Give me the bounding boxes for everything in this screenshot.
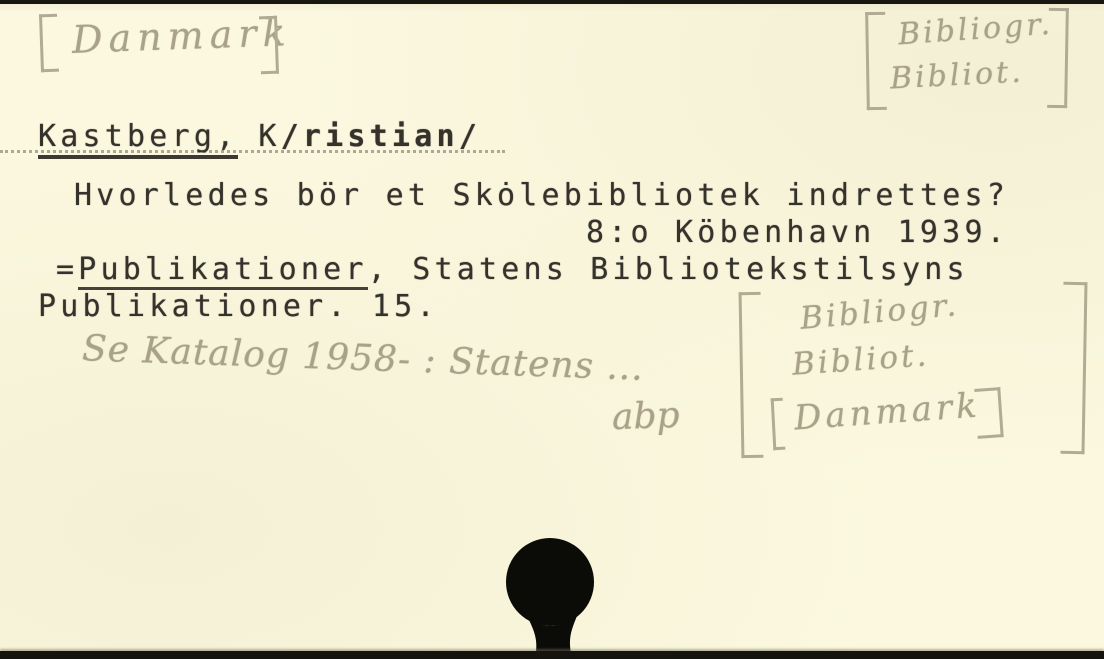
series-continuation-line: Publikationer. 15.	[38, 290, 439, 324]
pencil-right-group-line2: Bibliot.	[791, 337, 931, 382]
series-rest: , Statens Bibliotekstilsyns	[368, 252, 969, 287]
series-prefix: =	[56, 252, 78, 287]
author-initial: K	[258, 119, 280, 154]
author-heading: Kastberg,K/ristian/	[38, 120, 481, 154]
pencil-bracket-right-icon	[1061, 282, 1088, 454]
author-surname: Kastberg,	[38, 119, 238, 159]
pencil-bracket-left-icon	[865, 12, 887, 110]
series-line: =Publikationer, Statens Bibliotekstilsyn…	[56, 253, 969, 287]
pencil-bracket-right-icon	[974, 387, 1003, 439]
pencil-bracket-left-icon	[739, 292, 764, 458]
pencil-right-group-line3: Danmark	[793, 386, 982, 439]
pencil-note-top-right-line2: Bibliot.	[889, 55, 1024, 97]
catalog-card: Danmark Bibliogr. Bibliot. Kastberg,K/ri…	[0, 0, 1104, 659]
card-bottom-edge-shadow	[0, 651, 1104, 659]
author-name-expansion: /ristian/	[281, 119, 481, 154]
pencil-note-top-right-line1: Bibliogr.	[897, 7, 1054, 53]
title-line: Hvorledes bör et Skȯlebibliotek indrette…	[74, 179, 1009, 213]
punch-hole-icon	[478, 528, 622, 659]
card-top-edge-shadow	[0, 0, 1104, 4]
imprint-line: 8:o Köbenhavn 1939.	[586, 216, 1009, 250]
series-name-underlined: Publikationer	[78, 252, 367, 290]
pencil-initials: abp	[611, 395, 680, 438]
pencil-bracket-left-icon	[771, 398, 786, 451]
pencil-right-group-line1: Bibliogr.	[799, 287, 961, 337]
pencil-bracket-left-icon	[39, 14, 59, 73]
pencil-reference-note: Se Katalog 1958- : Statens ...	[81, 328, 644, 389]
pencil-bracket-right-icon	[259, 16, 279, 75]
pencil-bracket-right-icon	[1047, 8, 1069, 108]
